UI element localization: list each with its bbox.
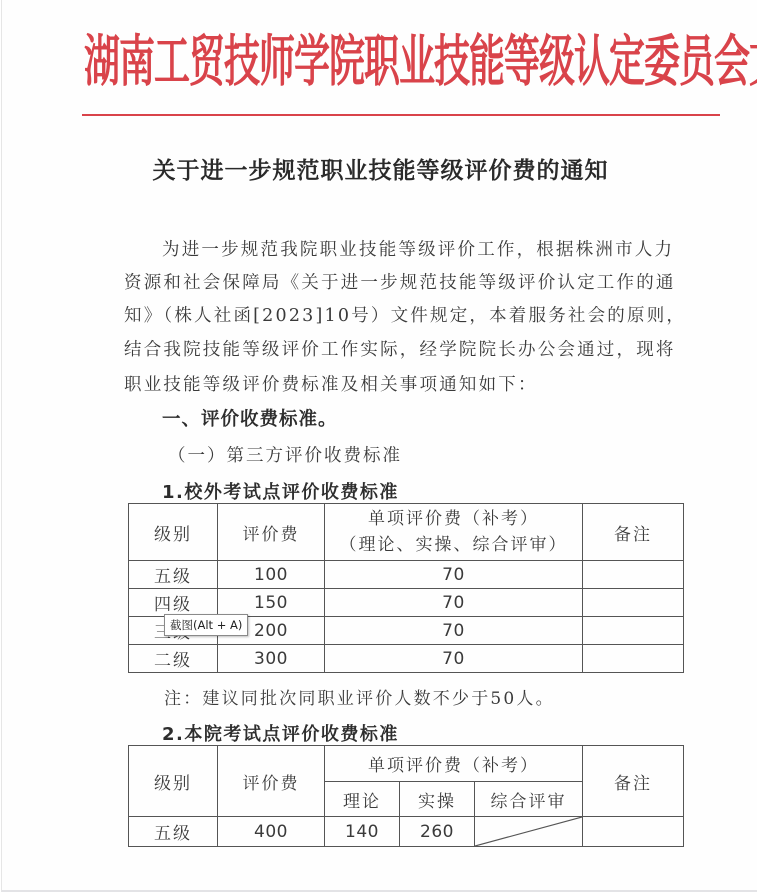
header-remark: 备注 [583, 746, 684, 817]
header-single-fee-line2: （理论、实操、综合评审） [325, 532, 582, 558]
cell-fee: 400 [218, 817, 325, 847]
header-single-fee: 单项评价费（补考） [325, 746, 583, 782]
cell-remark [583, 617, 684, 645]
notice-title: 关于进一步规范职业技能等级评价费的通知 [2, 152, 757, 185]
cell-single-fee: 70 [325, 589, 583, 617]
body-line-4: 结合我院技能等级评价工作实际，经学院院长办公会通过，现将 [124, 336, 692, 361]
body-line-2: 资源和社会保障局《关于进一步规范技能等级评价认定工作的通 [124, 269, 692, 294]
body-line-1: 为进一步规范我院职业技能等级评价工作，根据株洲市人力 [162, 236, 730, 261]
cell-remark [583, 589, 684, 617]
cell-remark [583, 817, 684, 847]
table-header-row: 级别 评价费 单项评价费（补考） （理论、实操、综合评审） 备注 [129, 504, 684, 561]
screenshot-shortcut-tooltip: 截图(Alt + A) [164, 614, 248, 636]
body-line-5: 职业技能等级评价费标准及相关事项通知如下： [124, 371, 692, 396]
header-fee: 评价费 [218, 746, 325, 817]
table-row: 二级 300 70 [129, 645, 684, 673]
cell-single-fee: 70 [325, 617, 583, 645]
org-header-title: 湖南工贸技师学院职业技能等级认定委员会文件 [84, 0, 720, 124]
cell-remark [583, 561, 684, 589]
table2-heading: 2.本院考试点评价收费标准 [162, 720, 399, 746]
header-comprehensive: 综合评审 [475, 782, 583, 817]
header-remark: 备注 [583, 504, 684, 561]
cell-theory: 140 [325, 817, 400, 847]
header-practice: 实操 [400, 782, 475, 817]
cell-fee: 150 [218, 589, 325, 617]
diagonal-slash-icon [475, 817, 582, 846]
table-row: 四级 150 70 [129, 589, 684, 617]
cell-level: 二级 [129, 645, 218, 673]
cell-level: 四级 [129, 589, 218, 617]
header-theory: 理论 [325, 782, 400, 817]
onsite-fee-table: 级别 评价费 单项评价费（补考） 备注 理论 实操 综合评审 五级 400 14… [128, 745, 684, 847]
cell-level: 五级 [129, 561, 218, 589]
document-page: 湖南工贸技师学院职业技能等级认定委员会文件 关于进一步规范职业技能等级评价费的通… [1, 0, 757, 892]
participant-note: 注：建议同批次同职业评价人数不少于50人。 [164, 684, 555, 709]
table-header-row: 级别 评价费 单项评价费（补考） 备注 [129, 746, 684, 782]
header-single-fee: 单项评价费（补考） （理论、实操、综合评审） [325, 504, 583, 561]
cell-practice: 260 [400, 817, 475, 847]
header-red-rule [82, 114, 720, 116]
cell-fee: 100 [218, 561, 325, 589]
cell-fee: 300 [218, 645, 325, 673]
header-fee: 评价费 [218, 504, 325, 561]
table1-heading: 1.校外考试点评价收费标准 [162, 478, 399, 504]
header-single-fee-line1: 单项评价费（补考） [325, 506, 582, 532]
cell-remark [583, 645, 684, 673]
section-heading-fee-standard: 一、评价收费标准。 [162, 405, 338, 431]
offsite-fee-table: 级别 评价费 单项评价费（补考） （理论、实操、综合评审） 备注 五级 100 … [128, 503, 684, 673]
cell-single-fee: 70 [325, 561, 583, 589]
cell-level: 五级 [129, 817, 218, 847]
table-row: 五级 100 70 [129, 561, 684, 589]
header-level: 级别 [129, 504, 218, 561]
body-line-3: 知》（株人社函[2023]10号）文件规定，本着服务社会的原则， [124, 302, 692, 327]
table-row: 五级 400 140 260 [129, 817, 684, 847]
subsection-heading-third-party: （一）第三方评价收费标准 [168, 442, 402, 467]
header-level: 级别 [129, 746, 218, 817]
cell-single-fee: 70 [325, 645, 583, 673]
cell-comprehensive-not-applicable [475, 817, 583, 847]
